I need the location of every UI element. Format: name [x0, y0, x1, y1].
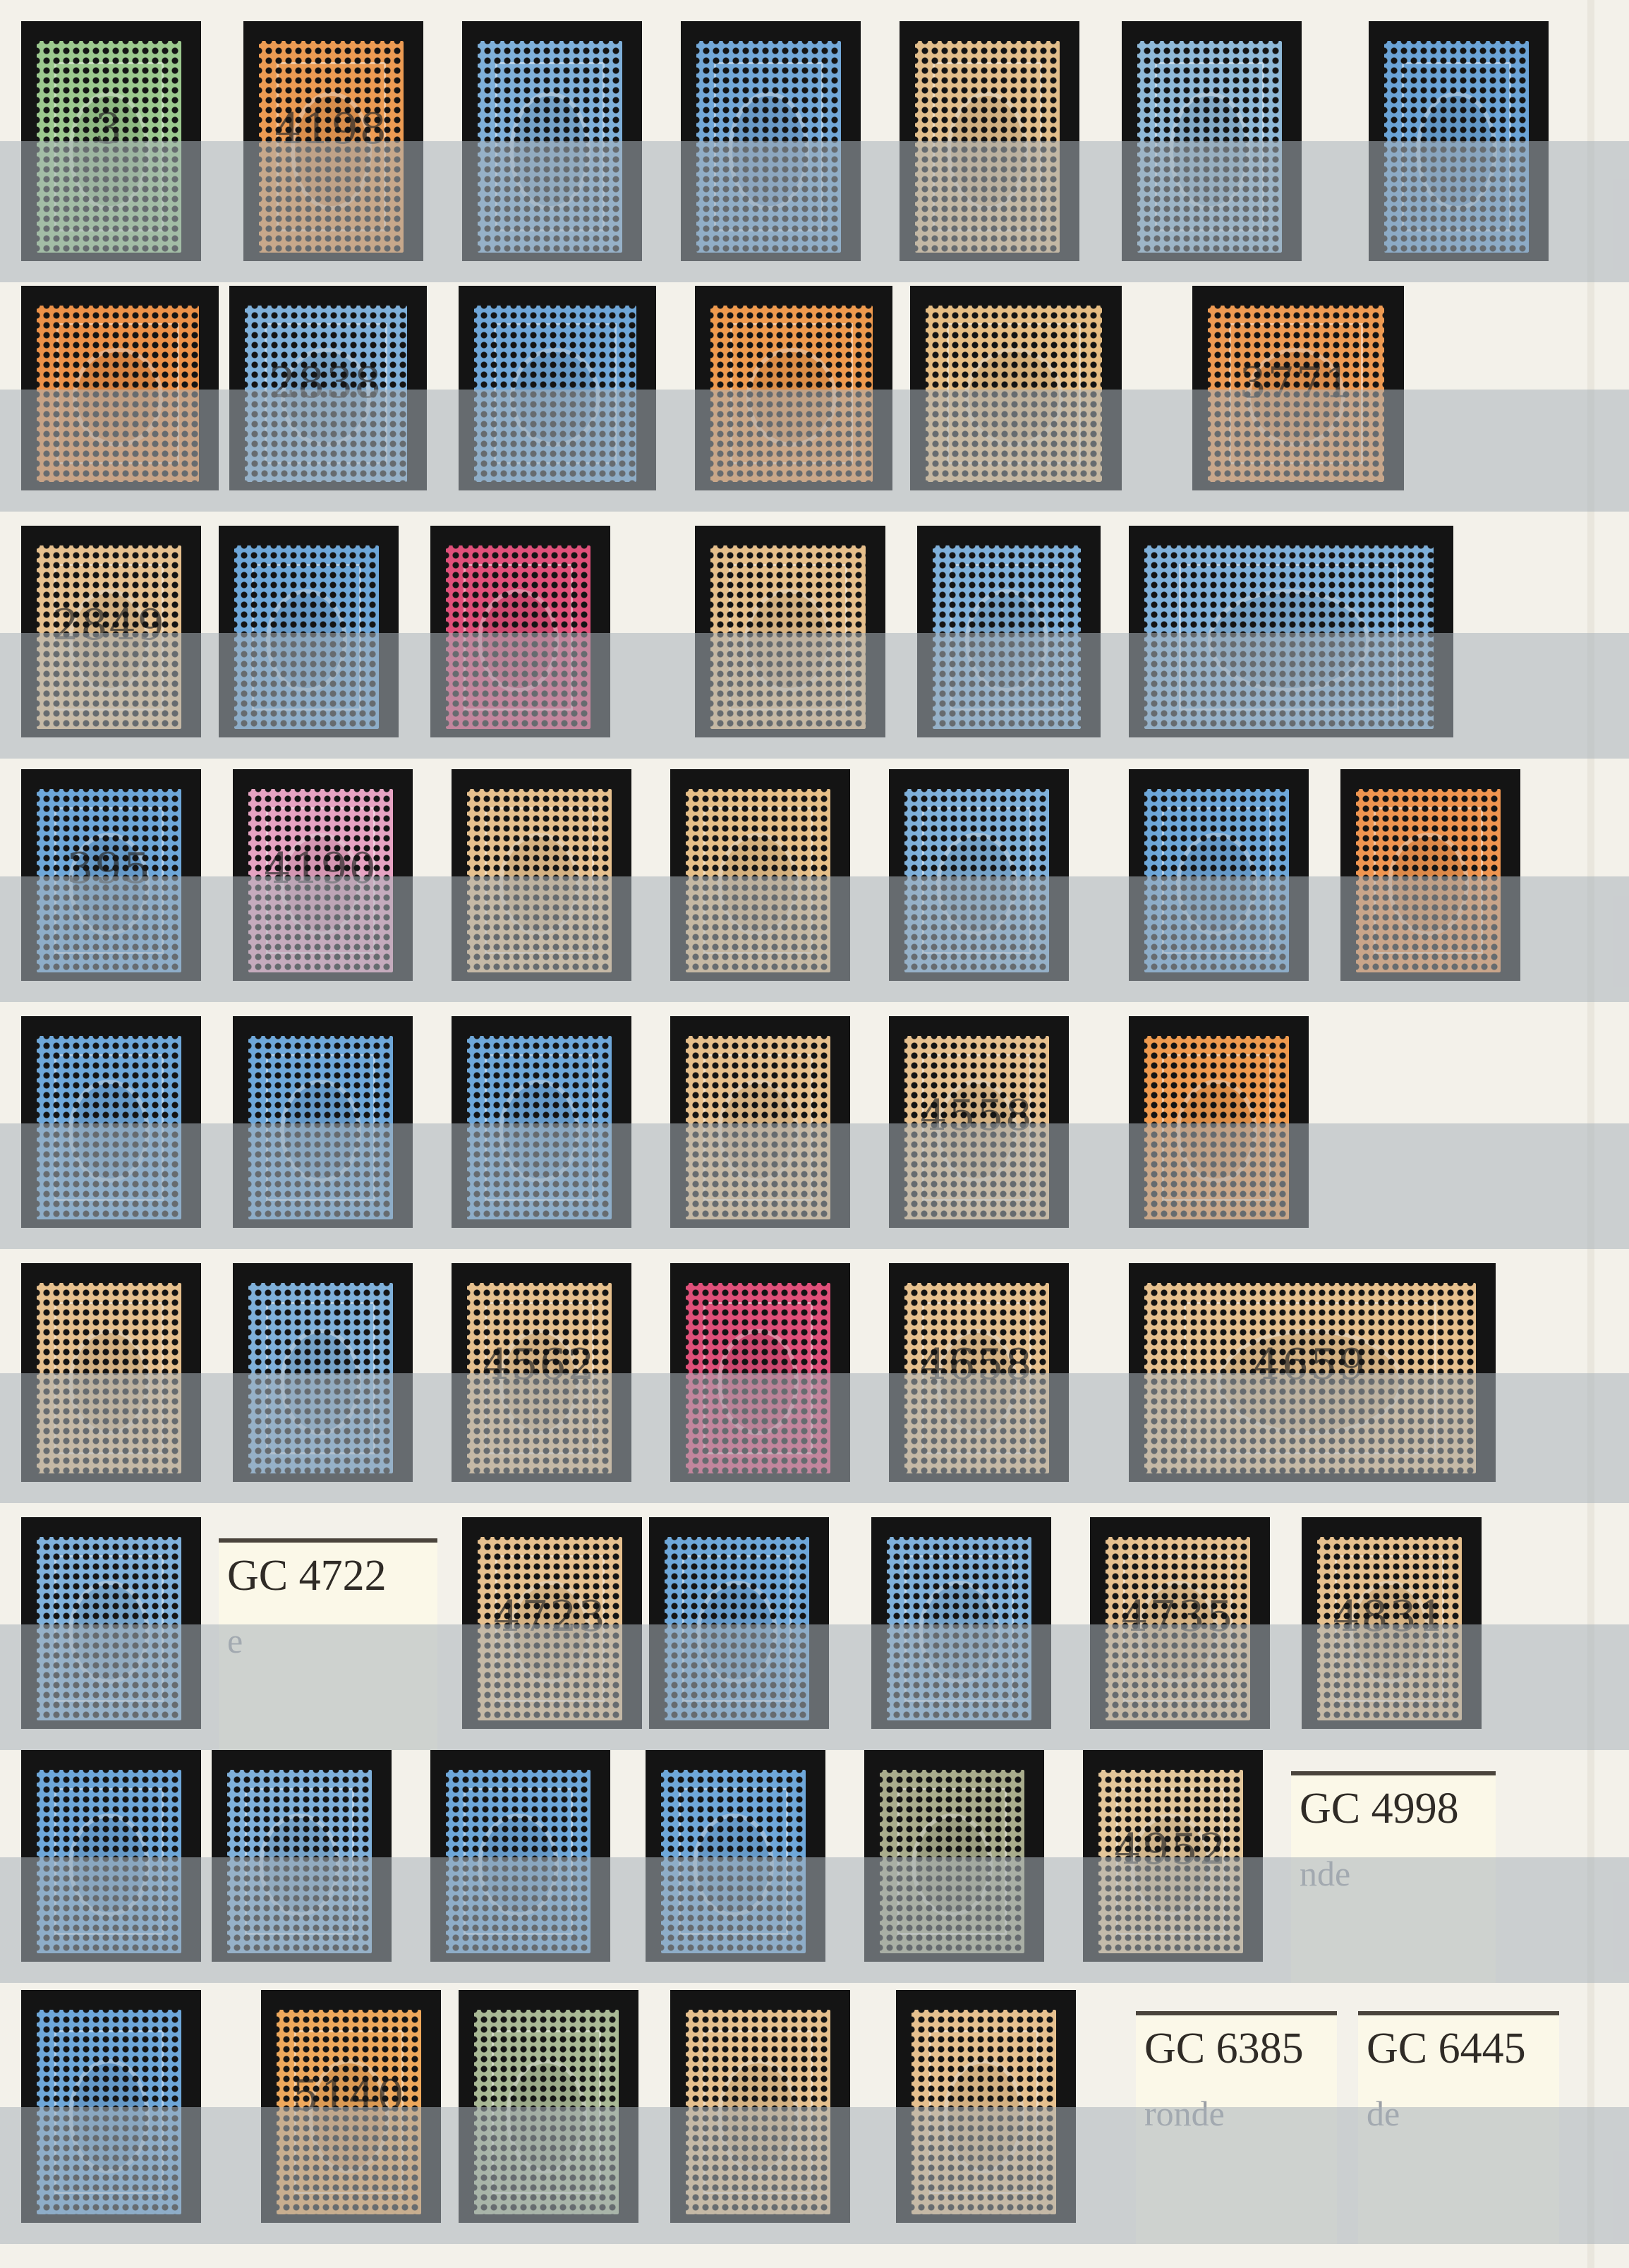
stock-strip-row: 456246584659: [0, 1263, 1629, 1503]
glassine-strip: [0, 2107, 1629, 2244]
glassine-strip: [0, 633, 1629, 759]
glassine-strip: [0, 390, 1629, 512]
stock-strip-row: 3954190: [0, 769, 1629, 1002]
glassine-strip: [0, 1373, 1629, 1503]
gc-code: GC 4998: [1300, 1784, 1459, 1834]
glassine-strip: [0, 876, 1629, 1002]
glassine-strip: [0, 1857, 1629, 1983]
stock-strip-row: 34198: [0, 21, 1629, 282]
album-page: 3419828383771284939541904558456246584659…: [0, 0, 1629, 2268]
glassine-strip: [0, 141, 1629, 282]
gc-code: GC 4722: [227, 1551, 387, 1601]
gc-code: GC 6445: [1367, 2024, 1526, 2074]
gc-code: GC 6385: [1144, 2024, 1304, 2074]
stock-strip-row: 28383771: [0, 286, 1629, 512]
stock-strip-row: 5140GC 6385rondeGC 6445de: [0, 1990, 1629, 2244]
glassine-strip: [0, 1123, 1629, 1249]
stock-strip-row: GC 4722e472347354831: [0, 1517, 1629, 1750]
stock-strip-row: 2849: [0, 526, 1629, 759]
glassine-strip: [0, 1624, 1629, 1750]
stock-strip-row: 4558: [0, 1016, 1629, 1249]
stock-strip-row: 4952GC 4998nde: [0, 1750, 1629, 1983]
